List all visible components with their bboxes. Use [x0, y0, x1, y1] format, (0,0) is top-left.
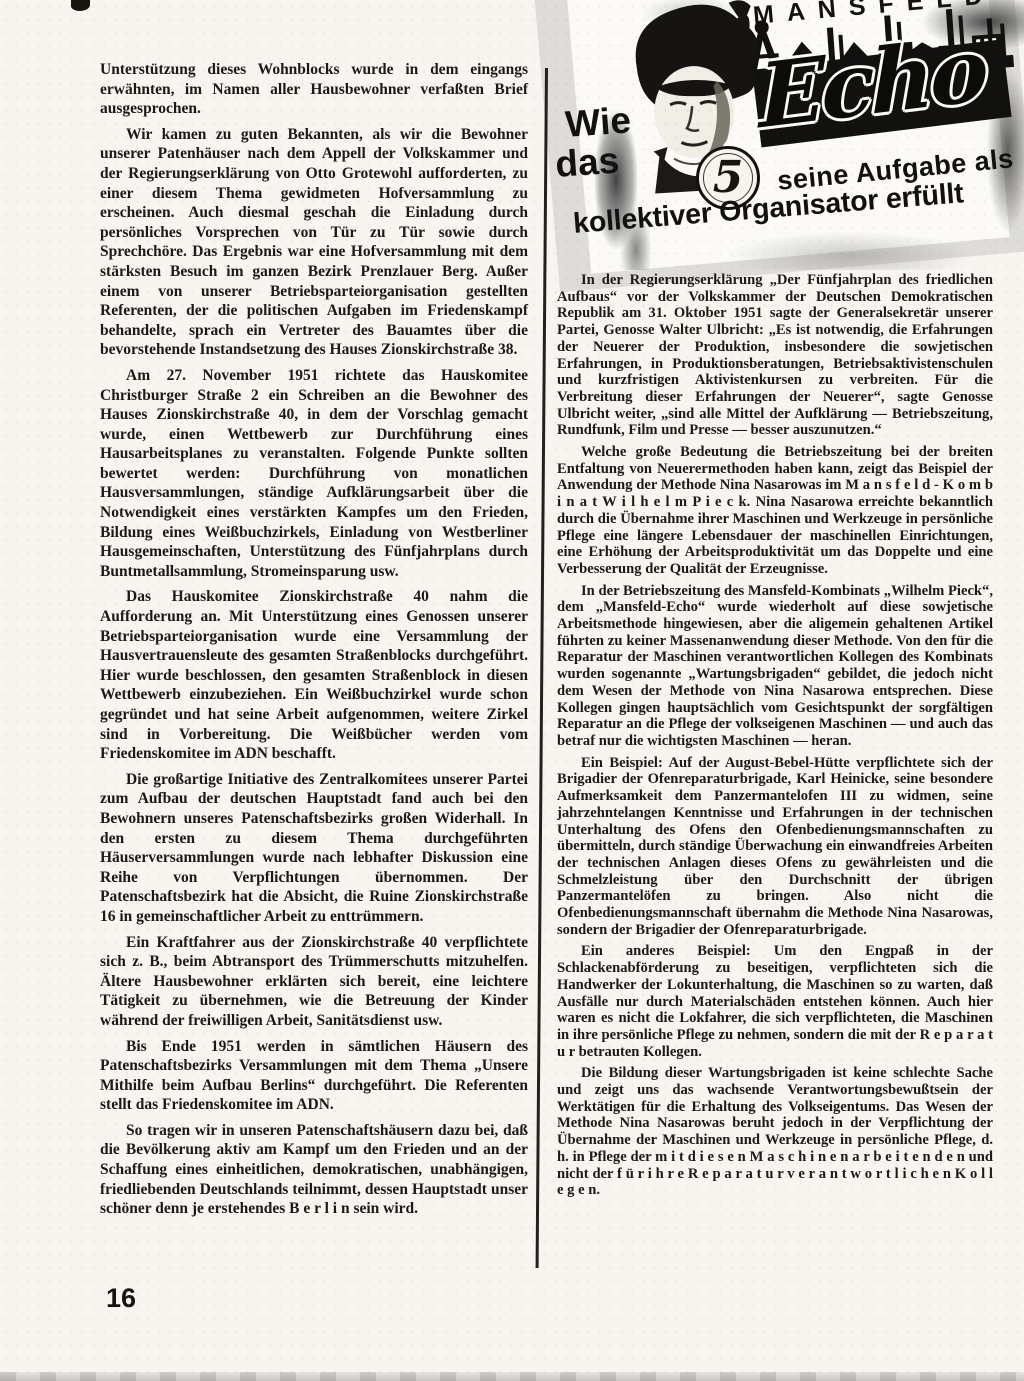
scan-bottom-edge	[0, 1372, 1024, 1381]
magazine-page: MANSFELD	[0, 0, 1024, 1381]
headline-word-das: das	[554, 140, 621, 186]
paragraph: Welche große Bedeutung die Betriebszeitu…	[557, 444, 993, 578]
scan-mark	[71, 0, 90, 11]
paragraph: Unterstützung dieses Wohnblocks wurde in…	[100, 60, 528, 119]
paragraph: So tragen wir in unseren Patenschaftshäu…	[100, 1121, 528, 1219]
paragraph: Ein Kraftfahrer aus der Zionskirchstraße…	[100, 933, 528, 1031]
left-article-column: Unterstützung dieses Wohnblocks wurde in…	[100, 60, 528, 1225]
paragraph: Das Hauskomitee Zionskirchstraße 40 nahm…	[100, 587, 528, 763]
paragraph: Ein anderes Beispiel: Um den Engpaß in d…	[557, 943, 993, 1060]
paragraph: Wir kamen zu guten Bekannten, als wir di…	[100, 125, 528, 360]
paragraph: Bis Ende 1951 werden in sämtlichen Häuse…	[100, 1037, 528, 1115]
paragraph: Ein Beispiel: Auf der August-Bebel-Hütte…	[557, 755, 993, 939]
masthead-graphic: MANSFELD	[540, 0, 1024, 270]
echo-logo: Echo	[758, 24, 985, 140]
paragraph: Am 27. November 1951 richtete das Hausko…	[100, 366, 528, 582]
right-article-column: In der Regierungserklärung „Der Fünfjahr…	[557, 272, 993, 1204]
page-number: 16	[106, 1283, 136, 1314]
paragraph: Die großartige Initiative des Zentralkom…	[100, 770, 528, 927]
badge-number: 5	[713, 156, 744, 200]
paragraph: Die Bildung dieser Wartungsbrigaden ist …	[557, 1065, 993, 1199]
headline-word-wie: Wie	[564, 99, 632, 145]
paragraph: In der Betriebszeitung des Mansfeld-Komb…	[557, 583, 993, 750]
paragraph: In der Regierungserklärung „Der Fünfjahr…	[557, 272, 993, 439]
